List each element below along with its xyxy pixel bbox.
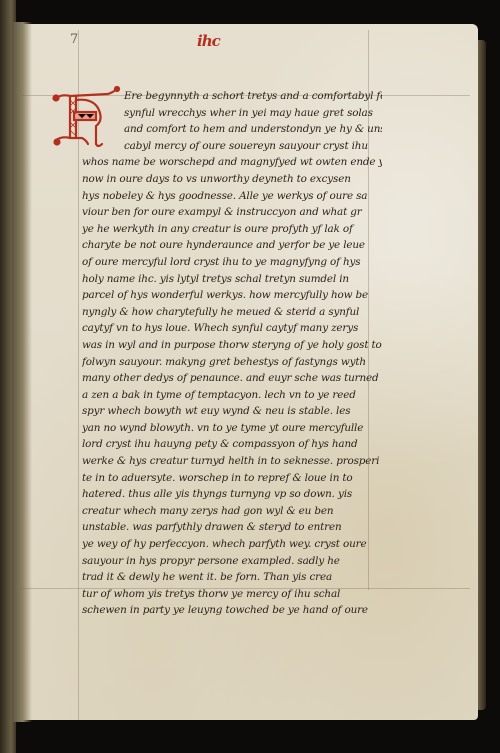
text-line: creatur whech many zerys had gon wyl & e…: [82, 503, 382, 520]
text-line: trad it & dewly he went it. be forn. Tha…: [82, 569, 382, 586]
text-line: many other dedys of penaunce. and euyr s…: [82, 370, 382, 387]
text-line: was in wyl and in purpose thorw steryng …: [82, 337, 382, 354]
text-line: yan no wynd blowyth. vn to ye tyme yt ou…: [82, 420, 382, 437]
text-line: synful wrecchys wher in yei may haue gre…: [82, 105, 382, 122]
text-line: ye he werkyth in any creatur is oure pro…: [82, 221, 382, 238]
text-line: sauyour in hys propyr persone exampled. …: [82, 553, 382, 570]
text-line: charyte be not oure hynderaunce and yerf…: [82, 237, 382, 254]
text-line: folwyn sauyour. makyng gret behestys of …: [82, 354, 382, 371]
text-line: and comfort to hem and understondyn ye h…: [82, 121, 382, 138]
text-line: nyngly & how charytefully he meued & ste…: [82, 304, 382, 321]
text-line: hys nobeley & hys goodnesse. Alle ye wer…: [82, 188, 382, 205]
text-line: cabyl mercy of oure souereyn sauyour cry…: [82, 138, 382, 155]
text-line: now in oure days to vs unworthy deyneth …: [82, 171, 382, 188]
text-line: holy name ihc. yis lytyl tretys schal tr…: [82, 271, 382, 288]
text-line: ye wey of hy perfeccyon. whech parfyth w…: [82, 536, 382, 553]
folio-mark: 7: [70, 32, 78, 47]
text-line: spyr whech bowyth wt euy wynd & neu is s…: [82, 403, 382, 420]
text-line: werke & hys creatur turnyd helth in to s…: [82, 453, 382, 470]
running-head-ihc: ihc: [197, 32, 220, 50]
text-line: a zen a bak in tyme of temptacyon. lech …: [82, 387, 382, 404]
text-line: Ere begynnyth a schort tretys and a comf…: [82, 88, 382, 105]
text-line: of oure mercyful lord cryst ihu to ye ma…: [82, 254, 382, 271]
text-line: unstable. was parfythly drawen & steryd …: [82, 519, 382, 536]
text-line: viour ben for oure exampyl & instruccyon…: [82, 204, 382, 221]
text-line: te in to aduersyte. worschep in to repre…: [82, 470, 382, 487]
text-line: tur of whom yis tretys thorw ye mercy of…: [82, 586, 382, 603]
text-line: parcel of hys wonderful werkys. how merc…: [82, 287, 382, 304]
text-line: whos name be worschepd and magnyfyed wt …: [82, 154, 382, 171]
text-line: schewen in party ye leuyng towched be ye…: [82, 602, 382, 619]
gutter-shadow: [12, 22, 32, 722]
manuscript-text-block: Ere begynnyth a schort tretys and a comf…: [82, 88, 382, 619]
text-line: caytyf vn to hys loue. Whech synful cayt…: [82, 320, 382, 337]
text-line: hatered. thus alle yis thyngs turnyng vp…: [82, 486, 382, 503]
text-line: lord cryst ihu hauyng pety & compassyon …: [82, 436, 382, 453]
